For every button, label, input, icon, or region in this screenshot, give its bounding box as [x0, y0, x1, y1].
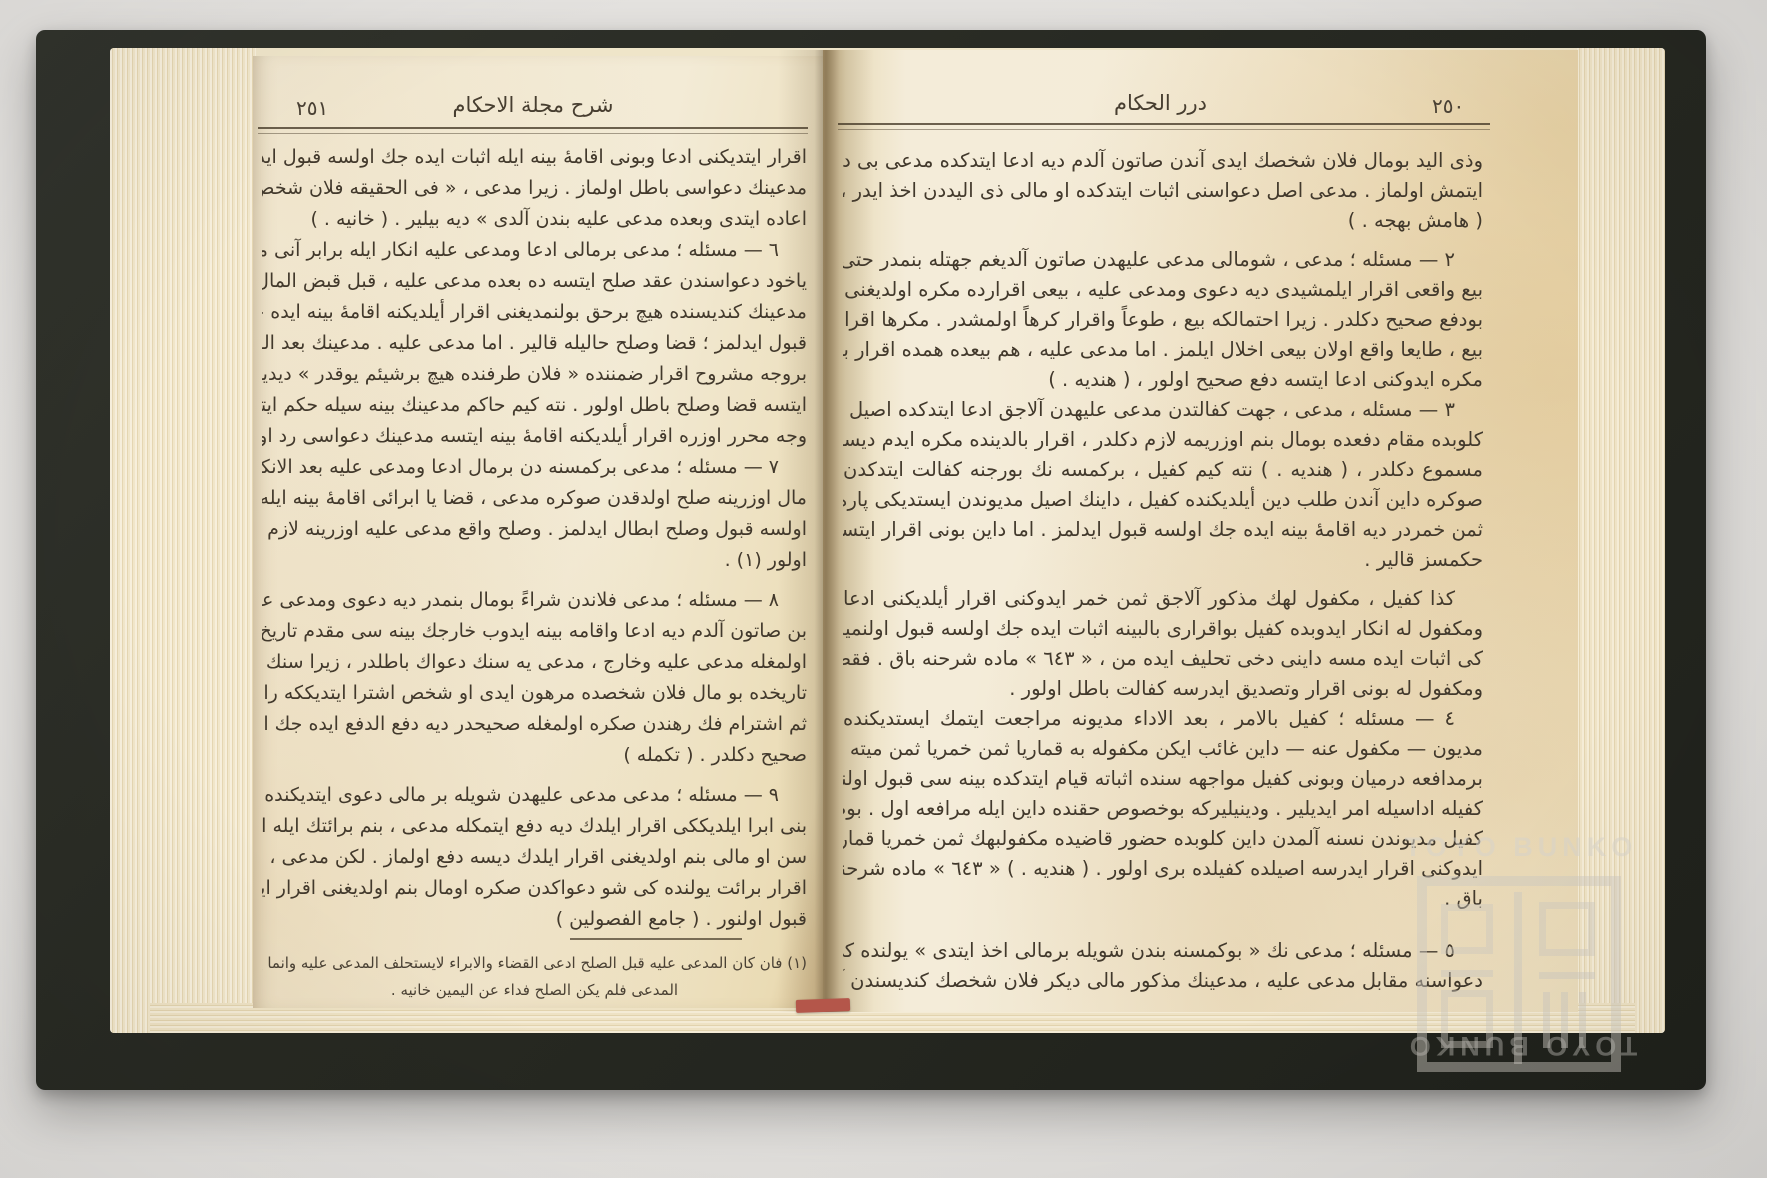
text-line: سن او مالى بنم اولديغنى اقرار ايلدك ديسه… — [262, 842, 807, 873]
text-line: ٢ — مسئله ؛ مدعى ، شومالى مدعى عليهدن صا… — [843, 245, 1483, 275]
text-line: صحيح دكلدر . ( تكمله ) — [262, 740, 807, 771]
text-line: بيع ، طايعا واقع اولان بيعى اخلال ايلمز … — [843, 335, 1483, 365]
left-header-rule — [258, 127, 808, 134]
text-line: باق . — [843, 884, 1483, 914]
text-line: ومكفول له بونى اقرار وتصديق ايدرسه كفالت… — [843, 674, 1483, 704]
text-line: ومكفول له انكار ايدوبده كفيل بواقرارى با… — [843, 614, 1483, 644]
text-line: (١) فان كان المدعى عليه قبل الصلح ادعى ا… — [262, 950, 807, 977]
text-line: وذى اليد بومال فلان شخصك ايدى آندن صاتون… — [843, 146, 1483, 176]
text-line: ٥ — مسئله ؛ مدعى نك « بوكمسنه بندن شويله… — [843, 936, 1483, 966]
text-line: كى اثبات ايده مسه داينى دخى تحليف ايده م… — [843, 644, 1483, 674]
text-line: كلوبده مقام دفعده بومال بنم اوزريمه لازم… — [843, 425, 1483, 455]
text-line: ايتمش اولماز . مدعى اصل دعواسنى اثبات اي… — [843, 176, 1483, 206]
text-line: ثم اشترام فك رهندن صكره اولمغله صحيحدر د… — [262, 709, 807, 740]
text-line: ٨ — مسئله ؛ مدعى فلاندن شراءً بومال بنمد… — [262, 585, 807, 616]
text-line: مدعينك كنديسنده هيچ برحق بولنمديغنى اقرا… — [262, 297, 807, 328]
text-line: ٧ — مسئله ؛ مدعى بركمسنه دن برمال ادعا و… — [262, 452, 807, 483]
text-line: ٣ — مسئله ، مدعى ، جهت كفالتدن مدعى عليه… — [843, 395, 1483, 425]
text-line: ياخود دعواسندن عقد صلح ايتسه ده بعده مدع… — [262, 266, 807, 297]
photograph-of-open-book: ٢٥١ شرح مجلة الاحكام درر الحكام ٢٥٠ اقرا… — [0, 0, 1767, 1178]
text-line: بيع واقعى اقرار ايلمشيدى ديه دعوى ومدعى … — [843, 275, 1483, 305]
text-line: ايتسه قضا وصلح باطل اولور . نته كيم حاكم… — [262, 390, 807, 421]
right-running-head: درر الحكام — [838, 91, 1483, 115]
text-line: مسموع دكلدر ، ( هنديه . ) نته كيم كفيل ،… — [843, 455, 1483, 485]
text-line: المدعى فلم يكن الصلح فداء عن اليمين خاني… — [262, 977, 807, 1004]
text-line: كفيله اداسيله امر ايديلير . ودينيليركه ب… — [843, 794, 1483, 824]
text-line: بنى ابرا ايلديككى اقرار ايلدك ديه دفع اي… — [262, 811, 807, 842]
text-line: اولسه قبول وصلح ابطال ايدلمز . وصلح واقع… — [262, 514, 807, 545]
text-line: ( هامش بهجه . ) — [843, 206, 1483, 236]
text-line: كذا كفيل ، مكفول لهك مذكور آلاجق ثمن خمر… — [843, 584, 1483, 614]
text-line: اقرار ايتديكنى ادعا وبونى اقامهٔ بينه اي… — [262, 142, 807, 173]
right-header-rule — [838, 123, 1490, 130]
text-line: اعاده ايتدى وبعده مدعى عليه بندن آلدى » … — [262, 204, 807, 235]
left-page-body: اقرار ايتديكنى ادعا وبونى اقامهٔ بينه اي… — [262, 142, 807, 935]
text-line: قبول ايدلمز ؛ قضا وصلح حاليله قالير . ام… — [262, 328, 807, 359]
text-line: ٩ — مسئله ؛ مدعى مدعى عليهدن شويله بر ما… — [262, 780, 807, 811]
text-line: اولمغله مدعى عليه وخارج ، مدعى يه سنك دع… — [262, 647, 807, 678]
text-line: ايدوكنى اقرار ايدرسه اصيلده كفيلده برى ا… — [843, 854, 1483, 884]
text-line: بودفع صحيح دكلدر . زيرا احتمالكه بيع ، ط… — [843, 305, 1483, 335]
bookmark-ribbon — [796, 998, 850, 1013]
right-page-number: ٢٥٠ — [1432, 94, 1464, 118]
text-line: قبول اولنور . ( جامع الفصولين ) — [262, 904, 807, 935]
footnote-separator — [570, 938, 742, 940]
text-line: مال اوزرينه صلح اولدقدن صوكره مدعى ، قضا… — [262, 483, 807, 514]
left-running-head: شرح مجلة الاحكام — [253, 93, 813, 117]
text-line: ٤ — مسئله ؛ كفيل بالامر ، بعد الاداء مدي… — [843, 704, 1483, 734]
text-line: ٦ — مسئله ؛ مدعى برمالى ادعا ومدعى عليه … — [262, 235, 807, 266]
text-line: اقرار برائت يولنده كى شو دعواكدن صكره او… — [262, 873, 807, 904]
text-line: كفيل مديوندن نسنه آلمدن داين كلوبده حضور… — [843, 824, 1483, 854]
right-page-body: وذى اليد بومال فلان شخصك ايدى آندن صاتون… — [843, 146, 1483, 996]
text-line: تاريخده بو مال فلان شخصده مرهون ايدى او … — [262, 678, 807, 709]
fore-edge-left-page-stack — [110, 48, 256, 1033]
text-line: برمدافعه درميان وبونى كفيل مواجهه سنده ا… — [843, 764, 1483, 794]
text-line: مكره ايدوكنى ادعا ايتسه دفع صحيح اولور ،… — [843, 365, 1483, 395]
fore-edge-right-page-stack — [1577, 48, 1665, 1033]
text-line: مديون — مكفول عنه — داين غائب ايكن مكفول… — [843, 734, 1483, 764]
text-line: ثمن خمردر ديه اقامهٔ بينه ايده جك اولسه … — [843, 515, 1483, 545]
text-line: وجه محرر اوزره اقرار أيلديكنه اقامهٔ بين… — [262, 421, 807, 452]
text-line: بروجه مشروح اقرار ضمننده « فلان طرفنده ه… — [262, 359, 807, 390]
left-page-footnote: (١) فان كان المدعى عليه قبل الصلح ادعى ا… — [262, 950, 807, 1004]
text-line: بن صاتون آلدم ديه ادعا واقامه بينه ايدوب… — [262, 616, 807, 647]
text-line: مدعينك دعواسى باطل اولماز . زيرا مدعى ، … — [262, 173, 807, 204]
text-line: دعواسنه مقابل مدعى عليه ، مدعينك مذكور م… — [843, 966, 1483, 996]
text-line: حكمسز قالير . — [843, 545, 1483, 575]
text-line: اولور (١) . — [262, 545, 807, 576]
text-line: صوكره داين آندن طلب دين أيلديكنده كفيل ،… — [843, 485, 1483, 515]
